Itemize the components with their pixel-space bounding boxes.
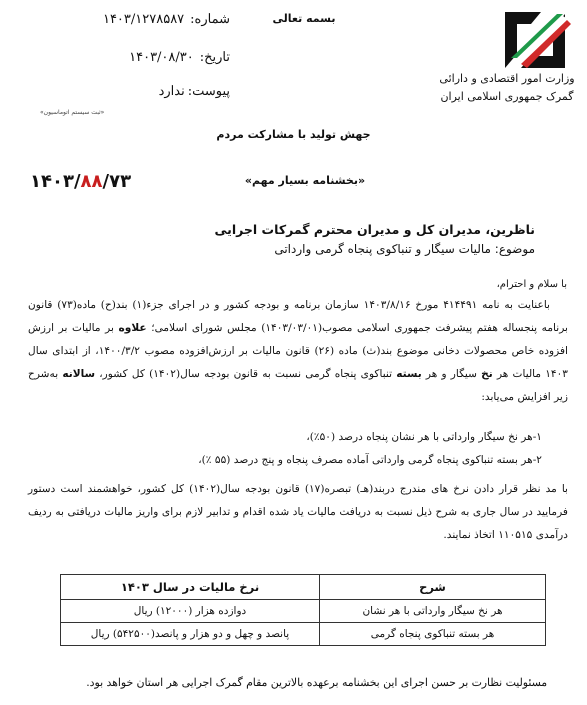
body-paragraph-2: با مد نظر قرار دادن نرخ های مندرج دربند(… [28, 478, 568, 547]
table-cell: هر نخ سیگار وارداتی با هر نشان [320, 600, 546, 623]
footer-note: مسئولیت نظارت بر حسن اجرای این بخشنامه ب… [86, 676, 547, 689]
table-header-row: شرح نرخ مالیات در سال ۱۴۰۳ [61, 575, 546, 600]
letter-number-value: ۱۴۰۳/۱۲۷۸۵۸۷ [103, 12, 184, 27]
letter-date-label: تاریخ: [200, 50, 230, 65]
greeting: با سلام و احترام، [497, 279, 567, 290]
list-item: ۱-هر نخ سیگار وارداتی با هر نشان پنجاه د… [306, 431, 542, 443]
circular-number: ۱۴۰۳/۸۸/۷۳ [30, 171, 131, 192]
bismillah-heading: بسمه تعالی [264, 12, 344, 25]
letter-date: تاریخ:۱۴۰۳/۰۸/۳۰ [0, 50, 230, 65]
ministry-line-1: وزارت امور اقتصادی و دارائی [437, 70, 577, 88]
list-item: ۲-هر بسته تنباکوی پنجاه گرمی وارداتی آما… [198, 454, 542, 466]
ministry-name: وزارت امور اقتصادی و دارائی گمرک جمهوری … [437, 70, 577, 106]
body-paragraph-1: باعنایت به نامه ۴۱۴۴۹۱ مورخ ۱۴۰۳/۸/۱۶ سا… [28, 294, 568, 409]
addressee: ناظرین، مدیران کل و مدیران محترم گمرکات … [215, 222, 535, 237]
table-row: هر نخ سیگار وارداتی با هر نشان دوازده هز… [61, 600, 546, 623]
letter-number: شماره:۱۴۰۳/۱۲۷۸۵۸۷ [0, 12, 230, 27]
table-cell: هر بسته تنباکوی پنجاه گرمی [320, 623, 546, 646]
paragraph-text: سیگار و هر [422, 368, 481, 380]
automation-note: «ثبت سیستم اتوماسیون» [40, 109, 104, 116]
letter-date-value: ۱۴۰۳/۰۸/۳۰ [129, 50, 194, 65]
circular-number-prefix: ۱۴۰۳/ [30, 171, 81, 192]
tax-rate-table: شرح نرخ مالیات در سال ۱۴۰۳ هر نخ سیگار و… [60, 574, 546, 646]
table-row: هر بسته تنباکوی پنجاه گرمی پانصد و چهل و… [61, 623, 546, 646]
circular-number-highlight: ۸۸ [81, 171, 103, 192]
table-header-rate: نرخ مالیات در سال ۱۴۰۳ [61, 575, 320, 600]
letter-number-label: شماره: [190, 12, 230, 27]
table-header-description: شرح [320, 575, 546, 600]
table-cell: دوازده هزار (۱۲۰۰۰) ریال [61, 600, 320, 623]
circular-title: «بخشنامه بسیار مهم» [240, 174, 370, 187]
circular-number-suffix: /۷۳ [103, 171, 132, 192]
emphasis-text: علاوه [119, 322, 147, 334]
emphasis-text: نخ [481, 368, 493, 380]
emphasis-text: بسته [396, 368, 422, 380]
paragraph-text: تنباکوی پنجاه گرمی نسبت به قانون بودجه س… [95, 368, 396, 380]
table-cell: پانصد و چهل و دو هزار و پانصد(۵۴۲۵۰۰) ری… [61, 623, 320, 646]
emphasis-text: سالانه [62, 368, 95, 380]
customs-logo-icon [497, 10, 575, 72]
letter-attachment: پیوست:ندارد [0, 84, 230, 99]
ministry-line-2: گمرک جمهوری اسلامی ایران [437, 88, 577, 106]
attachment-value: ندارد [159, 84, 185, 99]
slogan: جهش تولید با مشارکت مردم [0, 128, 587, 141]
attachment-label: پیوست: [188, 84, 230, 99]
subject-line: موضوع: مالیات سیگار و تنباکوی پنجاه گرمی… [274, 242, 535, 256]
